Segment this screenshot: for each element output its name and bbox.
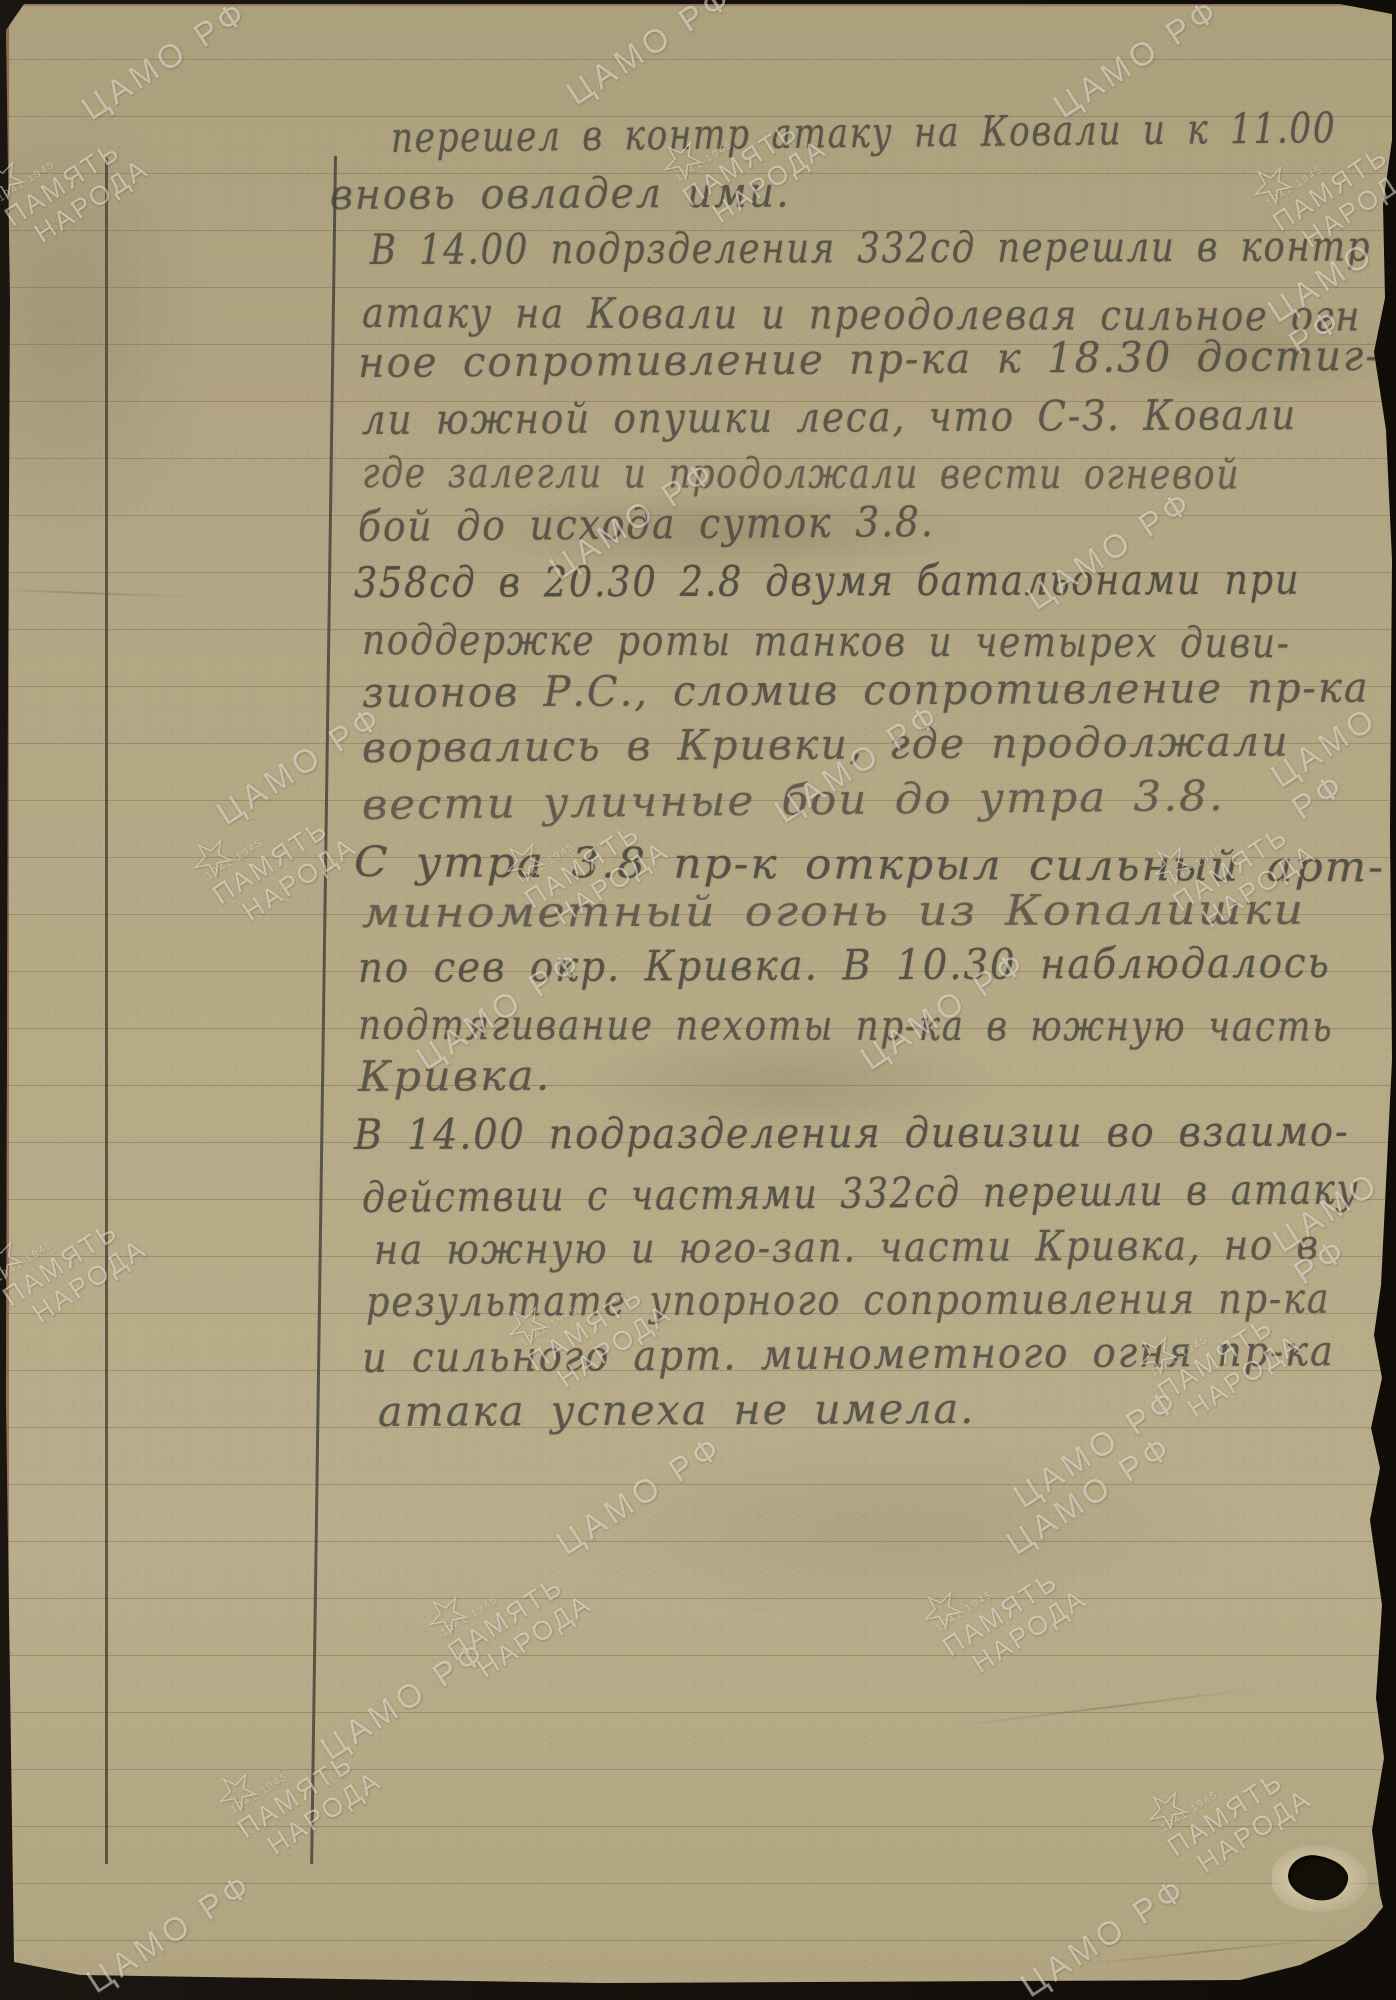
paper-crease: [951, 1687, 1269, 1728]
handwriting-line: действии с частями 332сд перешли в атаку: [362, 1166, 1360, 1221]
ruled-line: [6, 1484, 1392, 1485]
document-paper: перешел в контр атаку на Ковали и к 11.0…: [6, 4, 1392, 1987]
ruled-line: [6, 1598, 1392, 1599]
handwriting-line: 358сд в 20.30 2.8 двумя батальонами при: [354, 557, 1300, 606]
ruled-line: [6, 1085, 1392, 1086]
ruled-line: [6, 1826, 1392, 1827]
handwriting-line: вновь овладел ими.: [330, 170, 791, 218]
handwriting-line: и сильного арт. минометного огня пр-ка: [362, 1328, 1335, 1381]
handwriting-line: поддержке роты танков и четырех диви-: [362, 617, 1291, 666]
left-margin-line: [105, 158, 108, 1864]
paper-left-edge-tint: [6, 4, 9, 1967]
ruled-line: [6, 59, 1392, 60]
ruled-line: [6, 1883, 1392, 1884]
ruled-line: [6, 1655, 1392, 1656]
ruled-line: [6, 1769, 1392, 1770]
handwriting-line: вести уличные бои до утра 3.8.: [362, 773, 1225, 828]
handwriting-line: В 14.00 подразделения дивизии во взаимо-: [354, 1109, 1350, 1158]
handwriting-line: ное сопротивление пр-ка к 18.30 достиг-: [358, 333, 1381, 386]
archive-scan-background: перешел в контр атаку на Ковали и к 11.0…: [0, 0, 1396, 2000]
handwriting-line: бой до исхода суток 3.8.: [358, 499, 935, 550]
handwriting-line: минометный огонь из Копалишки: [362, 887, 1306, 936]
handwriting-line: ли южной опушки леса, что С-З. Ковали: [362, 392, 1297, 443]
paper-crease: [0, 588, 190, 597]
handwriting-line: перешел в контр атаку на Ковали и к 11.0…: [391, 105, 1337, 161]
ruled-line: [6, 1940, 1392, 1941]
handwriting-line: С утра 3.8 пр-к открыл сильный арт-: [354, 839, 1385, 890]
handwriting-line: где залегли и продолжали вести огневой: [362, 450, 1240, 498]
ruled-line: [6, 1712, 1392, 1713]
handwriting-line: атака успеха не имела.: [378, 1386, 976, 1435]
handwriting-line: по сев окр. Кривка. В 10.30 наблюдалось: [358, 940, 1331, 991]
ruled-line: [6, 1541, 1392, 1542]
ruled-line: [6, 287, 1392, 288]
torn-hole-rim: [1272, 1846, 1368, 1912]
handwriting-line: ворвались в Кривки, где продолжали: [362, 719, 1290, 771]
handwriting-line: на южную и юго-зап. части Кривка, но в: [374, 1222, 1320, 1273]
paper-top-edge-tint: [6, 4, 1384, 6]
handwriting-line: зионов Р.С., сломив сопротивление пр-ка: [362, 665, 1370, 716]
handwriting-line: подтягивание пехоты пр-ка в южную часть: [358, 1002, 1333, 1050]
handwriting-line: результате упорного сопротивления пр-ка: [366, 1276, 1331, 1325]
handwriting-line: В 14.00 подрзделения 332сд перешли в кон…: [370, 224, 1371, 273]
torn-hole: [1285, 1852, 1351, 1904]
right-margin-line: [310, 156, 337, 1864]
handwriting-line: Кривка.: [358, 1053, 552, 1100]
